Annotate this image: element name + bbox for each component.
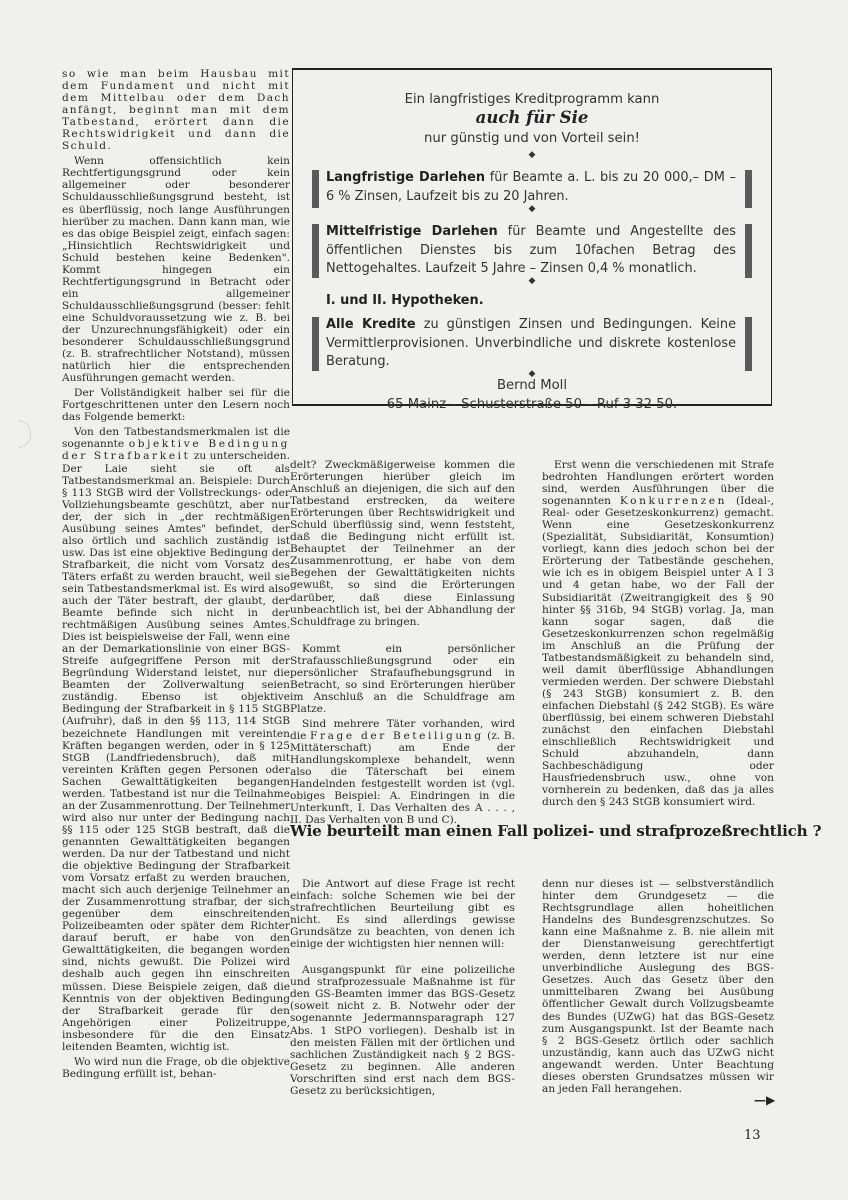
offer-mortgages: I. und II. Hypotheken. — [326, 292, 736, 311]
binder-hole-mark — [18, 420, 31, 448]
advertiser-address: 65 Mainz – Schusterstraße 50 – Ruf 3 32 … — [293, 397, 771, 412]
offer-long-term-loans: Langfristige Darlehen für Beamte a. L. b… — [326, 169, 736, 206]
paragraph: so wie man beim Hausbau mit dem Fundamen… — [62, 68, 290, 152]
advertisement-box: Ein langfristiges Kreditprogramm kann au… — [292, 68, 772, 406]
offer-title: Langfristige Darlehen — [326, 170, 485, 185]
text-run: (z. B. Mittäterschaft) am Ende der Handl… — [290, 730, 515, 826]
bar-decoration — [312, 224, 319, 278]
emphasized-term: Konkurrenzen — [620, 495, 727, 507]
paragraph: Die Antwort auf diese Frage ist recht ei… — [290, 878, 515, 950]
offer-title: Mittelfristige Darlehen — [326, 224, 498, 239]
right-column-top: Erst wenn die verschiedenen mit Strafe b… — [542, 459, 774, 808]
left-column: so wie man beim Hausbau mit dem Fundamen… — [62, 68, 290, 1080]
paragraph: Von den Tatbestandsmerkmalen ist die sog… — [62, 426, 290, 1052]
text-run: (Ideal-, Real- oder Gesetzeskonkurrenz) … — [542, 495, 774, 808]
paragraph: Wo wird nun die Frage, ob die objektive … — [62, 1056, 290, 1080]
offer-title: Alle Kredite — [326, 317, 416, 332]
bar-decoration — [312, 170, 319, 208]
paragraph: Erst wenn die verschiedenen mit Strafe b… — [542, 459, 774, 808]
ad-highlight: auch für Sie — [293, 108, 771, 127]
ad-intro: Ein langfristiges Kreditprogramm kann — [293, 92, 771, 107]
offer-all-credits: Alle Kredite zu günstigen Zinsen und Bed… — [326, 316, 736, 372]
bar-decoration — [745, 317, 752, 371]
emphasized-term: Frage der Beteiligung — [310, 730, 484, 742]
bar-decoration — [745, 224, 752, 278]
paragraph: denn nur dieses ist — selbstverständlich… — [542, 878, 774, 1095]
diamond-icon: ◆ — [293, 276, 771, 286]
page-number: 13 — [744, 1128, 761, 1143]
bar-decoration — [312, 317, 319, 371]
diamond-icon: ◆ — [293, 150, 771, 160]
middle-column-bottom: Die Antwort auf diese Frage ist recht ei… — [290, 878, 515, 1097]
right-column-bottom: denn nur dieses ist — selbstverständlich… — [542, 878, 774, 1095]
advertiser-name: Bernd Moll — [293, 378, 771, 393]
ad-tagline: nur günstig und von Vorteil sein! — [293, 131, 771, 146]
diamond-icon: ◆ — [293, 204, 771, 214]
continue-arrow-icon: —▶ — [754, 1093, 775, 1107]
section-heading: Wie beurteilt man einen Fall polizei- un… — [290, 822, 790, 840]
paragraph: Sind mehrere Täter vorhanden, wird die F… — [290, 718, 515, 826]
paragraph: Der Vollständigkeit halber sei für die F… — [62, 387, 290, 423]
text-run: zu unterscheiden. Der Laie sieht sie oft… — [62, 450, 290, 1052]
paragraph: Ausgangspunkt für eine polizeiliche und … — [290, 964, 515, 1097]
middle-column-top: delt? Zweckmäßigerweise kommen die Erört… — [290, 459, 515, 826]
bar-decoration — [745, 170, 752, 208]
paragraph: Wenn offensichtlich kein Rechtfertigungs… — [62, 155, 290, 384]
offer-title: I. und II. Hypotheken. — [326, 293, 484, 308]
paragraph: delt? Zweckmäßigerweise kommen die Erört… — [290, 459, 515, 628]
paragraph: Kommt ein persönlicher Strafausschließun… — [290, 643, 515, 715]
offer-mid-term-loans: Mittelfristige Darlehen für Beamte und A… — [326, 223, 736, 279]
